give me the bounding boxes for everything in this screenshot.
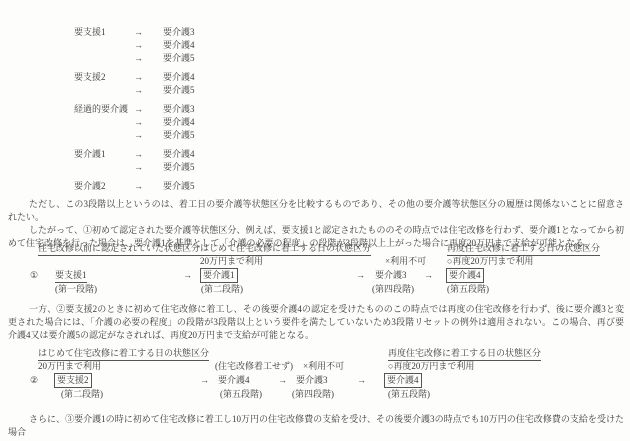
arrow-icon: →: [200, 374, 209, 387]
arrow-icon: →: [278, 374, 287, 387]
arrow-icon: →: [356, 269, 365, 282]
status-label: 要介護4: [218, 374, 250, 387]
status-label: 要支援1: [55, 269, 87, 283]
status-label: 要介護3: [296, 374, 328, 387]
arrow-icon: →: [134, 180, 163, 193]
case2-no-construction-label: (住宅改修着工せず): [215, 360, 293, 373]
list-item: 要介護2 → 要介護5: [74, 180, 195, 193]
case2-marker: ②: [30, 374, 38, 387]
target-level-label: 要介護4: [163, 116, 195, 129]
case2-again-construction-header: 再度住宅改修に着工する日の状態区分: [388, 347, 541, 361]
source-level-label: [74, 116, 134, 129]
stage-label: (第五段階): [220, 388, 262, 401]
list-item: → 要介護5: [74, 52, 195, 65]
status-label-boxed: 要介護1: [200, 268, 238, 283]
list-item: 経過的要介護 → 要介護3: [74, 103, 195, 116]
stage-label: (第四段階): [372, 283, 414, 296]
case1-first-limit-label: 20万円まで利用: [200, 255, 263, 268]
care-level-upgrade-list: 要支援1 → 要介護3 → 要介護4 → 要介護5 要支援2 → 要介護4 → …: [74, 26, 195, 193]
target-level-label: 要介護4: [163, 39, 195, 52]
arrow-icon: →: [183, 269, 192, 282]
stage-label: (第五段階): [447, 283, 489, 296]
status-label-boxed: 要支援2: [54, 373, 92, 388]
list-item: 要介護1 → 要介護4: [74, 148, 195, 161]
source-level-label: [74, 39, 134, 52]
list-item: → 要介護5: [74, 84, 195, 97]
target-level-label: 要介護5: [163, 52, 195, 65]
status-label-boxed: 要介護4: [446, 268, 484, 283]
note-sentence-1: ただし、この3段階以上というのは、着工日の要介護等状態区分を比較するものであり、…: [8, 198, 624, 224]
arrow-icon: →: [134, 84, 163, 97]
source-level-label: 要介護1: [74, 148, 134, 161]
target-level-label: 要介護4: [163, 148, 195, 161]
stage-label: (第四段階): [292, 388, 334, 401]
target-level-label: 要介護5: [163, 180, 195, 193]
case1-not-available-label: ×利用不可: [385, 255, 426, 268]
arrow-icon: →: [134, 103, 163, 116]
arrow-icon: →: [134, 116, 163, 129]
stage-label: (第五段階): [388, 388, 430, 401]
arrow-icon: →: [134, 129, 163, 142]
target-level-label: 要介護5: [163, 84, 195, 97]
case2-paragraph: 一方、②要支援2のときに初めて住宅改修に着工し、その後要介護4の認定を受けたもの…: [8, 303, 624, 342]
list-item: → 要介護4: [74, 116, 195, 129]
list-item: → 要介護5: [74, 161, 195, 174]
case1-again-limit-label: ○再度20万円まで利用: [447, 255, 533, 268]
status-label: 要介護3: [375, 269, 407, 282]
case2-first-construction-header: はじめて住宅改修に着工する日の状態区分: [38, 347, 209, 361]
case1-prev-status-header: 住宅改修以前に認定されていた状態区分: [38, 242, 200, 256]
source-level-label: [74, 52, 134, 65]
case2-sentence: 一方、②要支援2のときに初めて住宅改修に着工し、その後要介護4の認定を受けたもの…: [8, 303, 624, 342]
arrow-icon: →: [357, 374, 366, 387]
target-level-label: 要介護5: [163, 129, 195, 142]
status-label-boxed: 要介護4: [384, 373, 422, 388]
target-level-label: 要介護3: [163, 103, 195, 116]
target-level-label: 要介護4: [163, 71, 195, 84]
target-level-label: 要介護3: [163, 26, 195, 39]
arrow-icon: →: [134, 161, 163, 174]
arrow-icon: →: [134, 26, 163, 39]
list-item: 要支援1 → 要介護3: [74, 26, 195, 39]
arrow-icon: →: [424, 269, 433, 282]
source-level-label: [74, 129, 134, 142]
arrow-icon: →: [134, 71, 163, 84]
target-level-label: 要介護5: [163, 161, 195, 174]
case1-again-construction-header: 再度住宅改修に着工する日の状態区分: [447, 242, 600, 256]
source-level-label: 経過的要介護: [74, 103, 134, 116]
stage-label: (第一段階): [55, 283, 97, 296]
source-level-label: [74, 161, 134, 174]
case1-marker: ①: [30, 269, 38, 282]
source-level-label: 要支援1: [74, 26, 134, 39]
list-item: → 要介護5: [74, 129, 195, 142]
case2-again-limit-label: ○再度20万円まで利用: [388, 360, 474, 373]
stage-label: (第二段階): [201, 283, 243, 296]
source-level-label: 要支援2: [74, 71, 134, 84]
stage-label: (第二段階): [61, 388, 103, 401]
document-page: 要支援1 → 要介護3 → 要介護4 → 要介護5 要支援2 → 要介護4 → …: [0, 0, 630, 441]
case2-not-available-label: ×利用不可: [303, 360, 344, 373]
case2-first-limit-label: 20万円まで利用: [38, 360, 101, 373]
case3-sentence: さらに、③要介護1の時に初めて住宅改修に着工し10万円の住宅改修費の支給を受け、…: [8, 413, 624, 439]
list-item: 要支援2 → 要介護4: [74, 71, 195, 84]
source-level-label: [74, 84, 134, 97]
case1-first-construction-header: はじめて住宅改修に着工する日の状態区分: [200, 242, 371, 256]
case3-paragraph: さらに、③要介護1の時に初めて住宅改修に着工し10万円の住宅改修費の支給を受け、…: [8, 413, 624, 439]
source-level-label: 要介護2: [74, 180, 134, 193]
list-item: → 要介護4: [74, 39, 195, 52]
arrow-icon: →: [134, 148, 163, 161]
arrow-icon: →: [134, 52, 163, 65]
arrow-icon: →: [134, 39, 163, 52]
